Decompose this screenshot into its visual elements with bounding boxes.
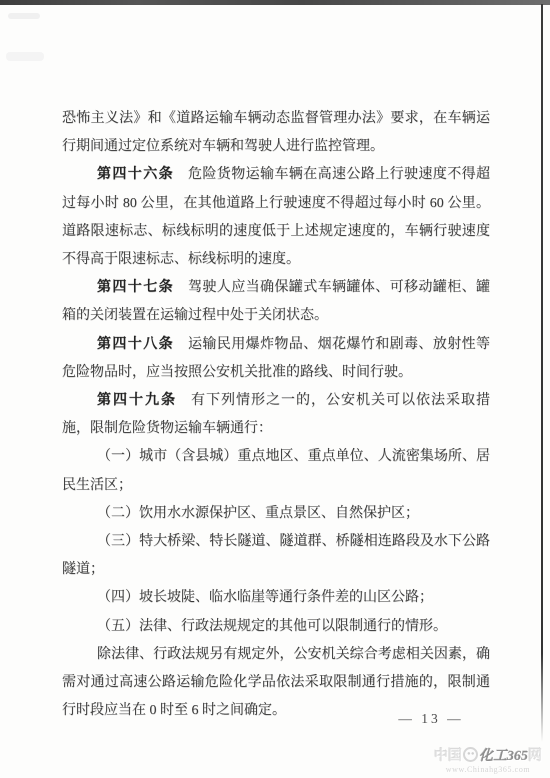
scan-right-edge [541,4,543,742]
paragraph: （三）特大桥梁、特长隧道、隧道群、桥隧相连路段及水下公路隧道； [62,528,490,584]
article-number: 第四十七条 [97,280,174,295]
article-number: 第四十八条 [97,337,174,352]
paragraph-text: （五）法律、行政法规规定的其他可以限制通行的情形。 [97,619,447,634]
paragraph: （一）城市（含县城）重点地区、重点单位、人流密集场所、居民生活区； [62,443,490,499]
watermark: 中国化工365网 www.Chinahg365.com [426,747,550,775]
paragraph: （二）饮用水水源保护区、重点景区、自然保护区； [62,500,490,528]
paragraph-text: 除法律、行政法规另有规定外，公安机关综合考虑相关因素，确需对通过高速公路运输危险… [62,647,490,718]
paragraph: 第四十六条危险货物运输车辆在高速公路上行驶速度不得超过每小时 80 公里，在其他… [62,161,490,274]
watermark-url: www.Chinahg365.com [426,766,550,775]
paragraph: （四）坡长坡陡、临水临崖等通行条件差的山区公路； [62,584,490,612]
paragraph: 恐怖主义法》和《道路运输车辆动态监督管理办法》要求，在车辆运行期间通过定位系统对… [62,105,490,161]
paragraph-text: （三）特大桥梁、特长隧道、隧道群、桥隧相连路段及水下公路隧道； [62,534,490,577]
page-number: — 13 — [361,711,501,727]
watermark-text-right: 网 [528,749,542,764]
huagong365-logo-icon [463,747,478,762]
article-number: 第四十九条 [97,393,177,408]
document-page: 恐怖主义法》和《道路运输车辆动态监督管理办法》要求，在车辆运行期间通过定位系统对… [0,0,550,778]
paragraph-text: 危险货物运输车辆在高速公路上行驶速度不得超过每小时 80 公里，在其他道路上行驶… [62,167,490,267]
watermark-brand: 化工365 [479,749,528,764]
paragraph-text: 恐怖主义法》和《道路运输车辆动态监督管理办法》要求，在车辆运行期间通过定位系统对… [62,111,490,154]
paragraph: 第四十七条驾驶人应当确保罐式车辆罐体、可移动罐柜、罐箱的关闭装置在运输过程中处于… [62,274,490,330]
scan-artifact [8,13,40,19]
article-number: 第四十六条 [97,167,174,182]
paragraph-text: （一）城市（含县城）重点地区、重点单位、人流密集场所、居民生活区； [62,449,490,492]
document-body: 恐怖主义法》和《道路运输车辆动态监督管理办法》要求，在车辆运行期间通过定位系统对… [62,105,490,725]
paragraph: 第四十九条有下列情形之一的，公安机关可以依法采取措施，限制危险货物运输车辆通行： [62,387,490,443]
watermark-brand-line: 中国化工365网 [426,747,550,764]
watermark-text-left: 中国 [434,749,462,764]
paragraph-text: （四）坡长坡陡、临水临崖等通行条件差的山区公路； [97,590,433,605]
paragraph: （五）法律、行政法规规定的其他可以限制通行的情形。 [62,613,490,641]
scan-artifact [6,52,44,61]
scan-top-edge [0,0,550,5]
paragraph-text: （二）饮用水水源保护区、重点景区、自然保护区； [97,506,419,521]
paragraph: 第四十八条运输民用爆炸物品、烟花爆竹和剧毒、放射性等危险物品时，应当按照公安机关… [62,331,490,387]
